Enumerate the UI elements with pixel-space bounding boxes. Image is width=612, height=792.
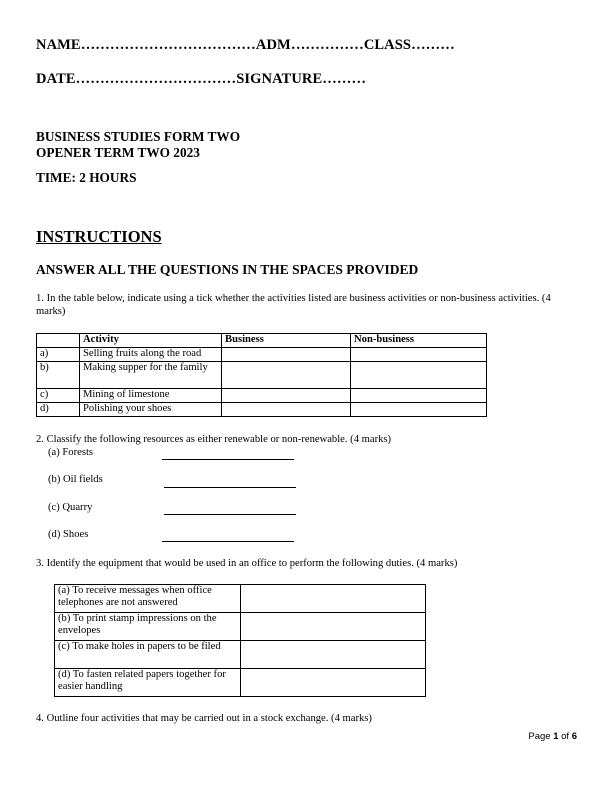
row-activity: Making supper for the family	[80, 362, 222, 389]
table-row: d) Polishing your shoes	[37, 403, 487, 417]
table-row: b) Making supper for the family	[37, 362, 487, 389]
resource-label: (c) Quarry	[48, 502, 92, 513]
question-3-text: 3. Identify the equipment that would be …	[36, 557, 457, 570]
table-row: (b) To print stamp impressions on the en…	[55, 613, 426, 641]
equipment-answer-cell[interactable]	[241, 641, 426, 669]
non-business-answer-cell[interactable]	[351, 348, 487, 362]
question-4-text: 4. Outline four activities that may be c…	[36, 712, 372, 725]
row-activity: Polishing your shoes	[80, 403, 222, 417]
student-details-line: NAME………………………………ADM……………CLASS………	[36, 37, 455, 54]
instructions-heading: INSTRUCTIONS	[36, 227, 162, 247]
table-row: c) Mining of limestone	[37, 389, 487, 403]
answer-line[interactable]	[164, 487, 296, 488]
header-activity: Activity	[80, 334, 222, 348]
row-label: d)	[37, 403, 80, 417]
question-1-table: Activity Business Non-business a) Sellin…	[36, 333, 487, 417]
non-business-answer-cell[interactable]	[351, 389, 487, 403]
resource-label: (b) Oil fields	[48, 474, 103, 485]
header-non-business: Non-business	[351, 334, 487, 348]
exam-subject: BUSINESS STUDIES FORM TWO	[36, 129, 240, 144]
row-activity: Mining of limestone	[80, 389, 222, 403]
duty-cell: (a) To receive messages when office tele…	[55, 585, 241, 613]
page-number: Page 1 of 6	[528, 731, 577, 742]
business-answer-cell[interactable]	[222, 389, 351, 403]
header-label	[37, 334, 80, 348]
resource-label: (d) Shoes	[48, 529, 88, 540]
duty-cell: (b) To print stamp impressions on the en…	[55, 613, 241, 641]
row-label: c)	[37, 389, 80, 403]
business-answer-cell[interactable]	[222, 403, 351, 417]
row-label: a)	[37, 348, 80, 362]
date-signature-line: DATE……………………………SIGNATURE………	[36, 71, 366, 88]
question-1-text: 1. In the table below, indicate using a …	[36, 292, 566, 318]
of-word: of	[561, 731, 569, 742]
table-row: (a) To receive messages when office tele…	[55, 585, 426, 613]
business-answer-cell[interactable]	[222, 348, 351, 362]
answer-line[interactable]	[164, 514, 296, 515]
table-header-row: Activity Business Non-business	[37, 334, 487, 348]
table-row: (d) To fasten related papers together fo…	[55, 669, 426, 697]
duty-cell: (d) To fasten related papers together fo…	[55, 669, 241, 697]
table-row: (c) To make holes in papers to be filed	[55, 641, 426, 669]
equipment-answer-cell[interactable]	[241, 613, 426, 641]
answer-line[interactable]	[162, 541, 294, 542]
duty-cell: (c) To make holes in papers to be filed	[55, 641, 241, 669]
equipment-answer-cell[interactable]	[241, 585, 426, 613]
total-pages: 6	[572, 731, 577, 742]
business-answer-cell[interactable]	[222, 362, 351, 389]
question-2-text: 2. Classify the following resources as e…	[36, 433, 391, 446]
instructions-text: ANSWER ALL THE QUESTIONS IN THE SPACES P…	[36, 262, 418, 278]
exam-time: TIME: 2 HOURS	[36, 170, 136, 185]
row-label: b)	[37, 362, 80, 389]
page-word: Page	[528, 731, 550, 742]
exam-term: OPENER TERM TWO 2023	[36, 145, 200, 160]
equipment-answer-cell[interactable]	[241, 669, 426, 697]
answer-line[interactable]	[162, 459, 294, 460]
question-3-table: (a) To receive messages when office tele…	[54, 584, 426, 697]
table-row: a) Selling fruits along the road	[37, 348, 487, 362]
non-business-answer-cell[interactable]	[351, 403, 487, 417]
non-business-answer-cell[interactable]	[351, 362, 487, 389]
row-activity: Selling fruits along the road	[80, 348, 222, 362]
resource-label: (a) Forests	[48, 447, 93, 458]
current-page: 1	[553, 731, 558, 742]
header-business: Business	[222, 334, 351, 348]
